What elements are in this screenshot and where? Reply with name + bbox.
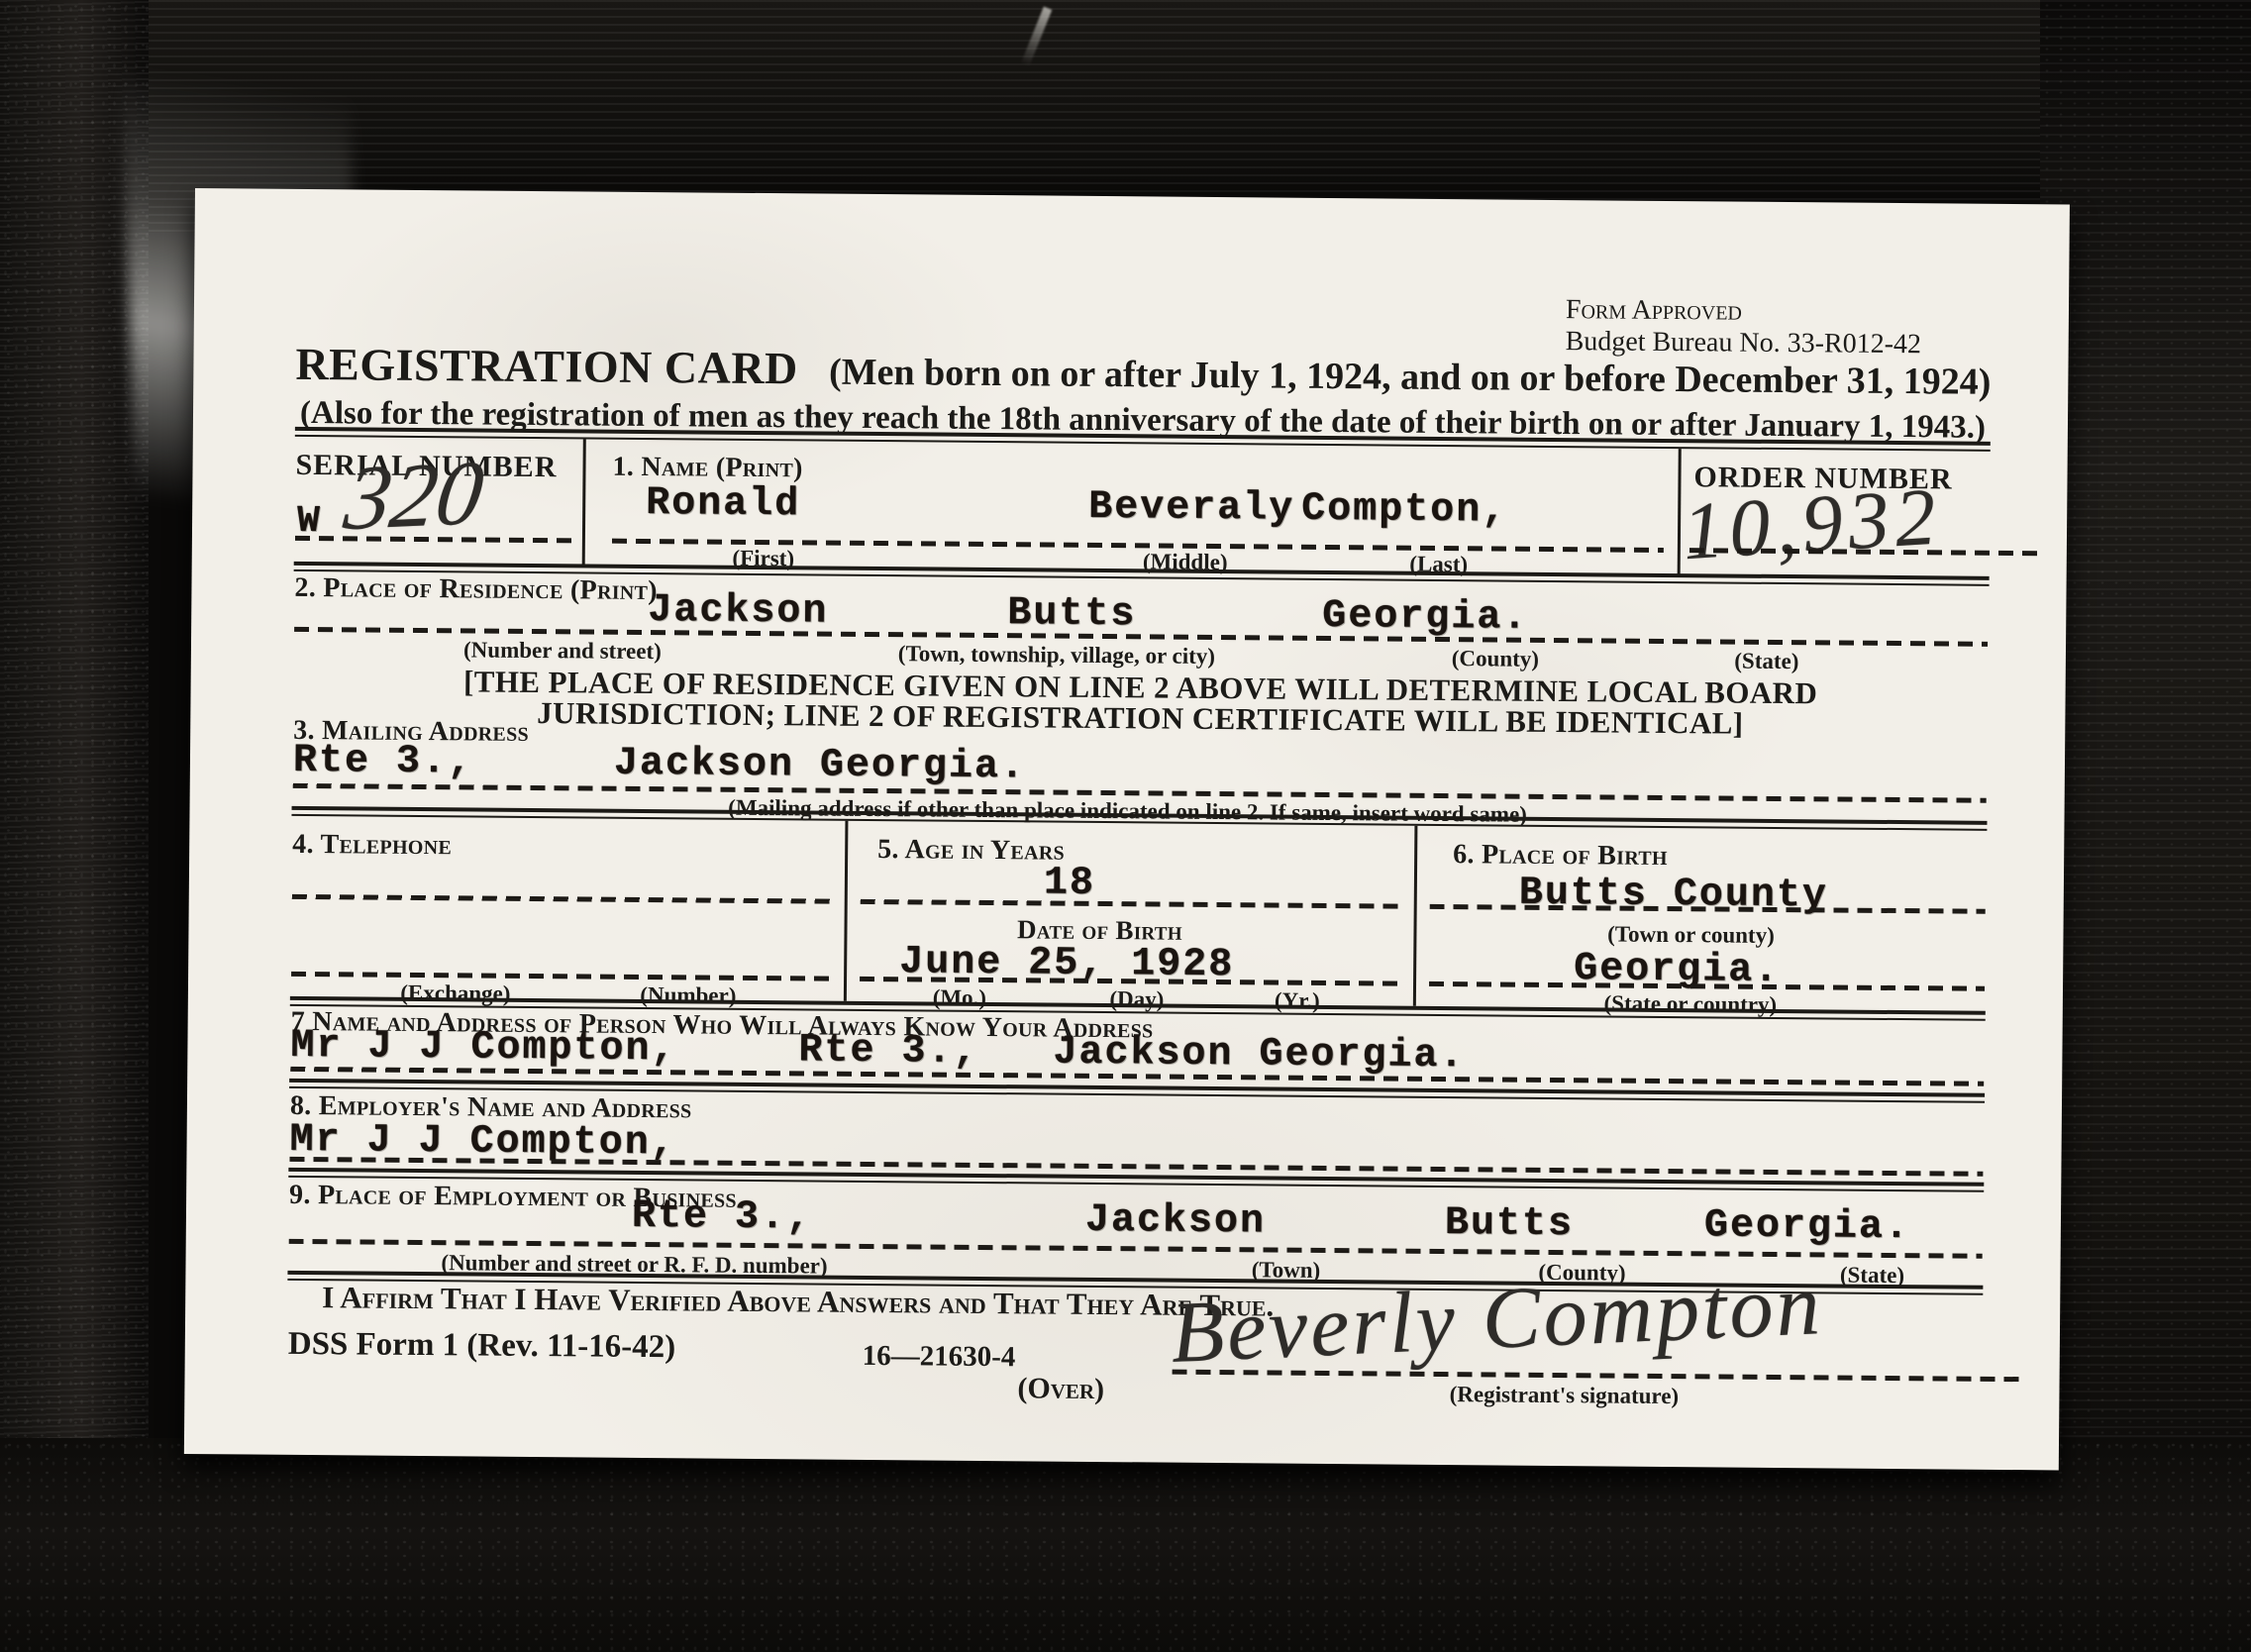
- over-note: (Over): [1017, 1372, 1104, 1406]
- name-first-typed: Ronald: [646, 481, 800, 527]
- form-id: DSS Form 1 (Rev. 11-16-42): [288, 1326, 676, 1366]
- telephone-fill-line2: [291, 972, 832, 981]
- knows-name-typed: Mr J J Compton,: [290, 1024, 676, 1072]
- age-label: 5. Age in Years: [877, 834, 1065, 868]
- birth-sub-town: (Town or county): [1607, 921, 1775, 948]
- registration-card: Form Approved Budget Bureau No. 33-R012-…: [184, 188, 2070, 1470]
- birth-label: 6. Place of Birth: [1453, 839, 1668, 873]
- order-number-handwritten: 10,932: [1680, 469, 1944, 578]
- residence-city-typed: Jackson: [648, 588, 828, 635]
- residence-sub-state: (State): [1734, 649, 1798, 675]
- telephone-fill-line1: [292, 894, 833, 904]
- residence-label: 2. Place of Residence (Print): [294, 572, 658, 607]
- fabric-background-bottom: [0, 1438, 2251, 1652]
- residence-sub-street: (Number and street): [463, 637, 662, 665]
- name-middle-typed: Beveraly: [1088, 485, 1294, 532]
- divider-telephone-age: [844, 821, 849, 1001]
- residence-county-typed: Butts: [1007, 591, 1136, 637]
- affirmation-text: I Affirm That I Have Verified Above Answ…: [322, 1280, 1274, 1323]
- form-approved-line: Form Approved: [1566, 294, 1922, 329]
- mailing-value2-typed: Jackson Georgia.: [614, 742, 1026, 790]
- age-fill-line: [861, 899, 1402, 909]
- residence-sub-county: (County): [1452, 646, 1539, 672]
- name-last-typed: Compton,: [1301, 487, 1507, 534]
- employment-town-typed: Jackson: [1085, 1198, 1266, 1245]
- signature-sublabel: (Registrant's signature): [1450, 1382, 1680, 1409]
- employment-county-typed: Butts: [1445, 1201, 1574, 1247]
- print-code: 16—21630-4: [863, 1340, 1016, 1374]
- divider-age-birth: [1413, 826, 1418, 1006]
- telephone-label: 4. Telephone: [292, 829, 452, 862]
- residence-sub-town: (Town, township, village, or city): [898, 641, 1215, 670]
- card-title: REGISTRATION CARD: [295, 338, 798, 394]
- serial-number-handwritten: 320: [339, 440, 489, 552]
- divider-serial-name: [582, 439, 586, 566]
- card-title-note: (Men born on or after July 1, 1924, and …: [829, 351, 1992, 404]
- employment-route-typed: Rte 3.,: [632, 1194, 812, 1241]
- employment-state-typed: Georgia.: [1704, 1203, 1910, 1250]
- scanned-photo: Form Approved Budget Bureau No. 33-R012-…: [0, 0, 2251, 1652]
- age-value-typed: 18: [1044, 862, 1095, 906]
- knows-town-typed: Jackson Georgia.: [1053, 1031, 1465, 1080]
- name-label: 1. Name (Print): [612, 452, 802, 485]
- knows-route-typed: Rte 3.,: [798, 1028, 978, 1075]
- wood-background-right: [2040, 0, 2251, 1652]
- residence-state-typed: Georgia.: [1322, 594, 1528, 641]
- mailing-value1-typed: Rte 3.,: [293, 739, 473, 785]
